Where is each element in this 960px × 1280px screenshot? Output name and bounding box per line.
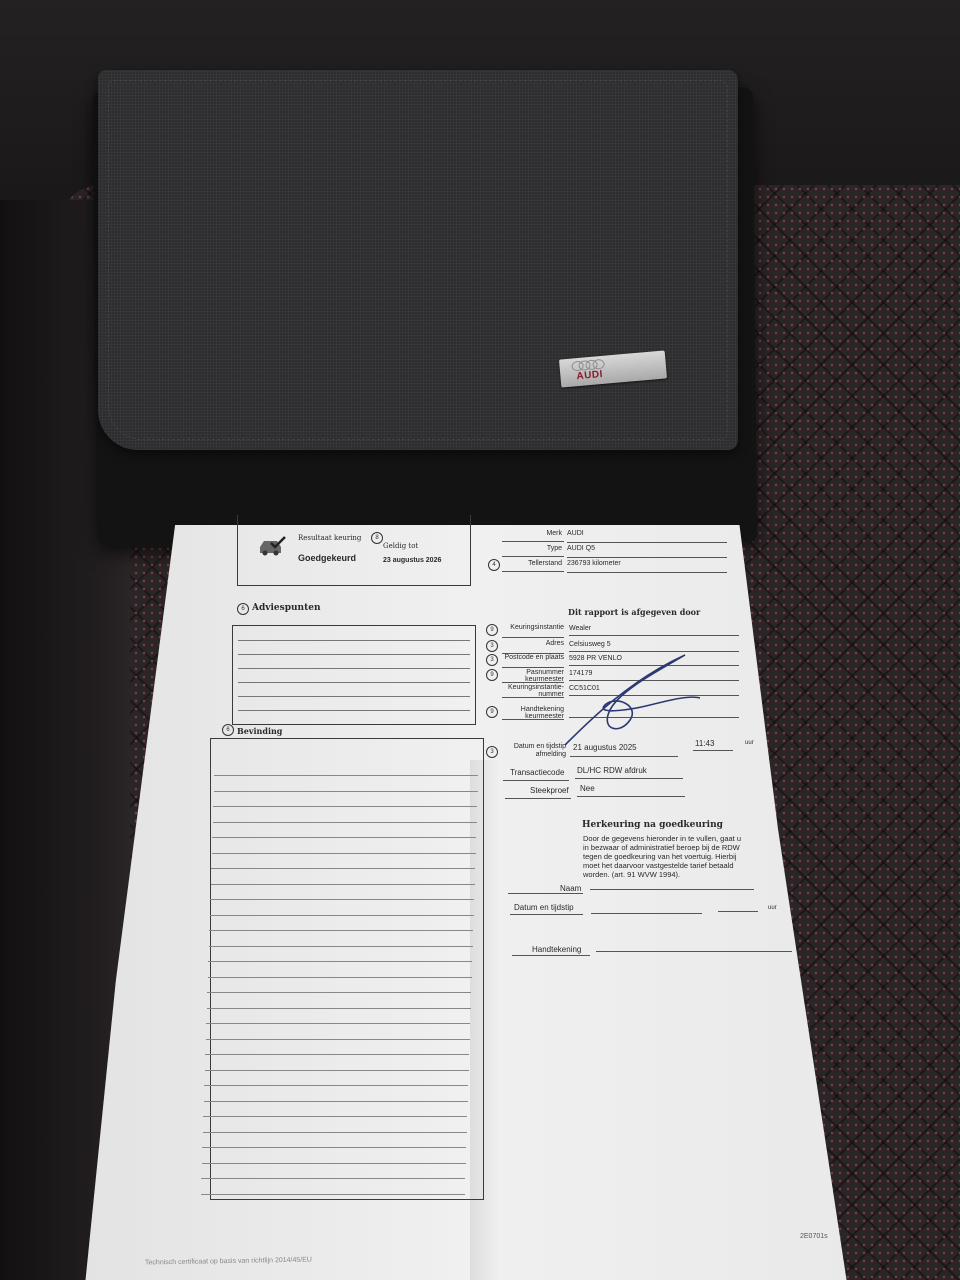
findings-rule: [210, 899, 474, 900]
result-label: Resultaat keuring: [298, 534, 361, 542]
findings-rule: [201, 1194, 465, 1195]
issuer-label-rule: [502, 719, 564, 720]
marker-9: 9: [486, 706, 498, 718]
issuer-label: Keuringsinstantie: [500, 624, 564, 631]
issuer-label-rule: [502, 637, 564, 638]
findings-rule: [209, 946, 473, 947]
issuer-value-rule: [569, 635, 739, 636]
findings-rule: [201, 1178, 465, 1179]
marker-9: 9: [486, 669, 498, 681]
reinspection-body-line: tegen de goedkeuring van het voertuig. H…: [583, 852, 741, 861]
issuer-label: Handtekening keurmeester: [500, 706, 564, 720]
reinspection-signature-label: Handtekening: [532, 945, 581, 954]
findings-rule: [206, 1039, 470, 1040]
findings-rule: [203, 1116, 467, 1117]
vehicle-value: 236793 kilometer: [567, 560, 621, 567]
vehicle-value: AUDI Q5: [567, 545, 595, 552]
findings-rule: [205, 1054, 469, 1055]
issuer-label-rule: [502, 697, 564, 698]
findings-rule: [207, 992, 471, 993]
reinspection-body-line: in bezwaar of administratief beroep bij …: [583, 843, 741, 852]
findings-rule: [208, 977, 472, 978]
findings-rule: [207, 1008, 471, 1009]
advice-heading: Adviespunten: [252, 603, 321, 613]
vehicle-value-rule: [567, 542, 727, 543]
badge-brand: AUDI: [576, 369, 603, 382]
issuer-label: Postcode en plaats: [500, 654, 564, 661]
valid-label: Geldig tot: [383, 542, 418, 550]
transaction-label: Transactiecode: [510, 768, 564, 777]
vehicle-label-rule: [502, 571, 564, 572]
findings-rule: [208, 961, 472, 962]
datetime-label: Datum en tijdstip afmelding: [503, 743, 566, 759]
issuer-value: Celsiusweg 5: [569, 641, 611, 648]
issuer-label: Adres: [500, 640, 564, 647]
findings-rule: [211, 868, 475, 869]
vehicle-label: Merk: [500, 530, 562, 537]
issuer-heading: Dit rapport is afgegeven door: [568, 607, 700, 617]
findings-rule: [202, 1163, 466, 1164]
findings-heading: Bevinding: [237, 726, 282, 736]
vehicle-label-rule: [502, 541, 564, 542]
advice-rule: [238, 696, 470, 697]
advice-rule: [238, 710, 470, 711]
findings-rule: [214, 791, 478, 792]
vehicle-label: Type: [500, 545, 562, 552]
marker-6b: 6: [222, 724, 234, 736]
time-unit: uur: [745, 740, 754, 746]
advice-rule: [238, 682, 470, 683]
findings-rule: [205, 1070, 469, 1071]
reinspection-heading: Herkeuring na goedkeuring: [582, 820, 723, 830]
issuer-label-rule: [502, 667, 564, 668]
valid-date: 23 augustus 2026: [383, 557, 441, 564]
findings-rule: [210, 915, 474, 916]
reinspection-name-label: Naam: [560, 884, 581, 893]
reinspection-time-unit: uur: [768, 905, 777, 911]
issuer-value: Wealer: [569, 625, 591, 632]
findings-rule: [212, 853, 476, 854]
reinspection-datetime-label: Datum en tijdstip: [514, 903, 574, 912]
advice-rule: [238, 668, 470, 669]
findings-rule: [204, 1085, 468, 1086]
advice-rule: [238, 640, 470, 641]
marker-6: 6: [237, 603, 249, 615]
issuer-label: Pasnummer keurmeester: [500, 669, 564, 683]
vehicle-value-rule: [567, 572, 727, 573]
findings-rule: [202, 1147, 466, 1148]
transaction-value: DL/HC RDW afdruk: [577, 766, 647, 775]
advice-rule: [238, 654, 470, 655]
marker-8: 8: [371, 532, 383, 544]
findings-rule: [213, 806, 477, 807]
marker-4: 4: [488, 559, 500, 571]
issuer-label: Keuringsinstantie-nummer: [500, 684, 564, 698]
findings-rule: [214, 775, 478, 776]
issuer-label-rule: [502, 682, 564, 683]
findings-rule: [206, 1023, 470, 1024]
vehicle-label-rule: [502, 556, 564, 557]
registration-date: 21 augustus 2025: [573, 743, 637, 752]
car-check-icon: [257, 535, 287, 557]
marker-9: 9: [486, 624, 498, 636]
findings-rule: [209, 930, 473, 931]
vehicle-label: Tellerstand: [500, 560, 562, 567]
marker-3: 3: [486, 746, 498, 758]
reinspection-body-line: Door de gegevens hieronder in te vullen,…: [583, 834, 741, 843]
wallet-stitching: [108, 80, 728, 440]
sample-value: Nee: [580, 784, 595, 793]
registration-time: 11:43: [695, 739, 714, 748]
reinspection-body-line: moet het daarvoor vastgestelde tarief be…: [583, 861, 741, 870]
wallet-flap: [98, 70, 738, 450]
reinspection-body-line: worden. (art. 91 WVW 1994).: [583, 870, 741, 879]
findings-rule: [211, 884, 475, 885]
findings-rule: [213, 822, 477, 823]
vehicle-value-rule: [567, 557, 727, 558]
findings-rule: [212, 837, 476, 838]
findings-rule: [203, 1132, 467, 1133]
sample-label: Steekproef: [530, 786, 569, 795]
vehicle-value: AUDI: [567, 530, 584, 537]
result-value: Goedgekeurd: [298, 553, 356, 563]
marker-3: 3: [486, 654, 498, 666]
findings-rule: [204, 1101, 468, 1102]
marker-3: 3: [486, 640, 498, 652]
form-code: 2E0701s: [800, 1233, 828, 1240]
